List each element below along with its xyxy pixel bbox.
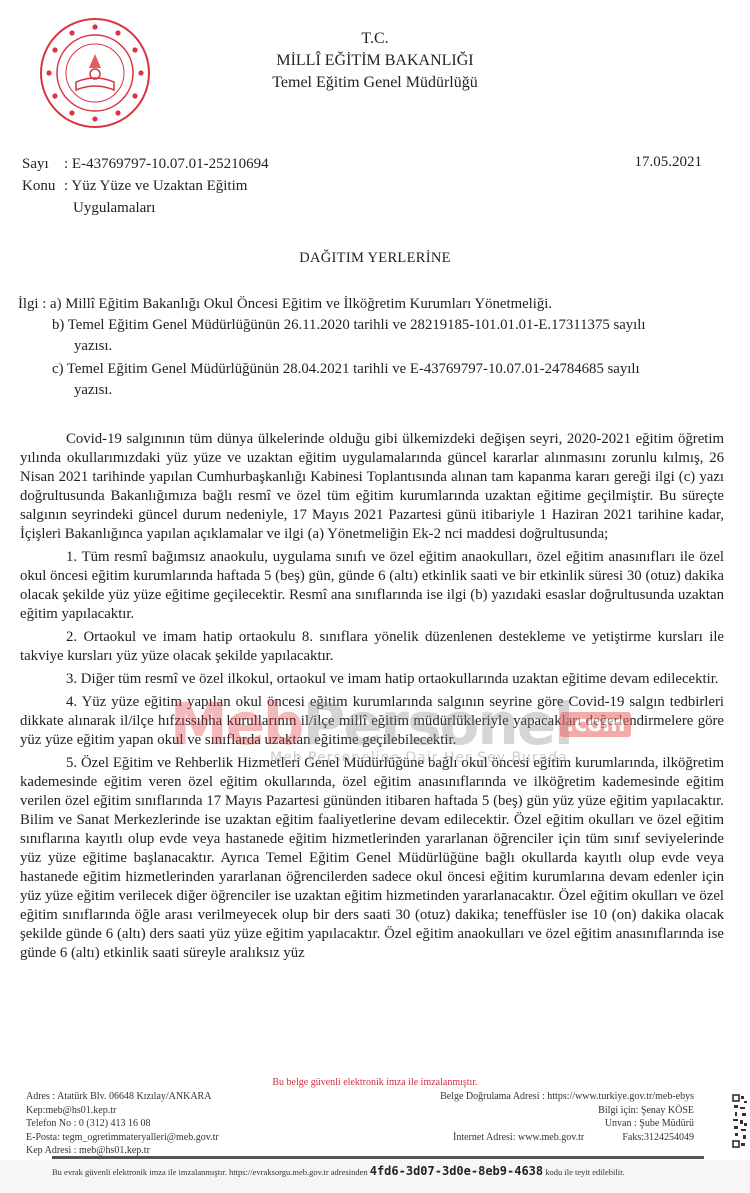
meb-emblem-icon: [38, 16, 152, 130]
references: İlgi : a) Millî Eğitim Bakanlığı Okul Ön…: [18, 294, 724, 401]
verify-suffix: kodu ile teyit edilebilir.: [545, 1167, 624, 1177]
distribution-heading: DAĞITIM YERLERİNE: [0, 250, 750, 267]
konu-label: Konu: [22, 176, 64, 197]
konu-value: : Yüz Yüze ve Uzaktan Eğitim: [64, 178, 247, 194]
document-body: Covid-19 salgınının tüm dünya ülkelerind…: [20, 430, 724, 967]
reference-c: c) Temel Eğitim Genel Müdürlüğünün 28.04…: [18, 359, 724, 380]
qr-code-icon: [732, 1093, 748, 1151]
header-directorate: Temel Eğitim Genel Müdürlüğü: [150, 72, 600, 94]
item-3: 3. Diğer tüm resmî ve özel ilkokul, orta…: [20, 670, 724, 689]
footer-contact-person: Bilgi için: Şenay KÖSE: [440, 1104, 694, 1118]
konu-row: Konu: Yüz Yüze ve Uzaktan Eğitim: [22, 176, 247, 197]
footer-divider: [52, 1156, 704, 1159]
footer-verify-address: Belge Doğrulama Adresi : https://www.tur…: [440, 1090, 694, 1104]
sayi-label: Sayı: [22, 154, 64, 175]
footer-internet: İnternet Adresi: www.meb.gov.tr: [453, 1131, 584, 1145]
document-page: T.C. MİLLÎ EĞİTİM BAKANLIĞI Temel Eğitim…: [0, 0, 750, 1160]
footer-kep: Kep:meb@hs01.kep.tr: [26, 1104, 219, 1118]
document-date: 17.05.2021: [635, 154, 703, 171]
konu-value-cont: Uygulamaları: [73, 198, 155, 219]
item-5: 5. Özel Eğitim ve Rehberlik Hizmetleri G…: [20, 754, 724, 963]
verification-line: Bu evrak güvenli elektronik imza ile imz…: [52, 1164, 625, 1178]
footer-email: E-Posta: tegm_ogretimmateryalleri@meb.go…: [26, 1131, 219, 1145]
verify-prefix: Bu evrak güvenli elektronik imza ile imz…: [52, 1167, 368, 1177]
item-4: 4. Yüz yüze eğitim yapılan okul öncesi e…: [20, 693, 724, 750]
secure-signature-note: Bu belge güvenli elektronik imza ile imz…: [0, 1077, 750, 1088]
intro-paragraph: Covid-19 salgınının tüm dünya ülkelerind…: [20, 430, 724, 544]
footer-title: Unvan : Şube Müdürü: [440, 1117, 694, 1131]
header-tc: T.C.: [150, 28, 600, 50]
footer-contact: Adres : Atatürk Blv. 06648 Kızılay/ANKAR…: [26, 1090, 219, 1158]
reference-b-cont: yazısı.: [18, 336, 724, 357]
sayi-value: : E-43769797-10.07.01-25210694: [64, 156, 269, 172]
item-1: 1. Tüm resmî bağımsız anaokulu, uygulama…: [20, 548, 724, 624]
sayi-row: Sayı: E-43769797-10.07.01-25210694: [22, 154, 269, 175]
verify-code: 4fd6-3d07-3d0e-8eb9-4638: [370, 1164, 543, 1178]
reference-b: b) Temel Eğitim Genel Müdürlüğünün 26.11…: [18, 315, 724, 336]
reference-c-cont: yazısı.: [18, 380, 724, 401]
header-ministry: MİLLÎ EĞİTİM BAKANLIĞI: [150, 50, 600, 72]
footer-address: Adres : Atatürk Blv. 06648 Kızılay/ANKAR…: [26, 1090, 219, 1104]
footer-phone: Telefon No : 0 (312) 413 16 08: [26, 1117, 219, 1131]
reference-a: İlgi : a) Millî Eğitim Bakanlığı Okul Ön…: [18, 294, 724, 315]
item-2: 2. Ortaokul ve imam hatip ortaokulu 8. s…: [20, 628, 724, 666]
